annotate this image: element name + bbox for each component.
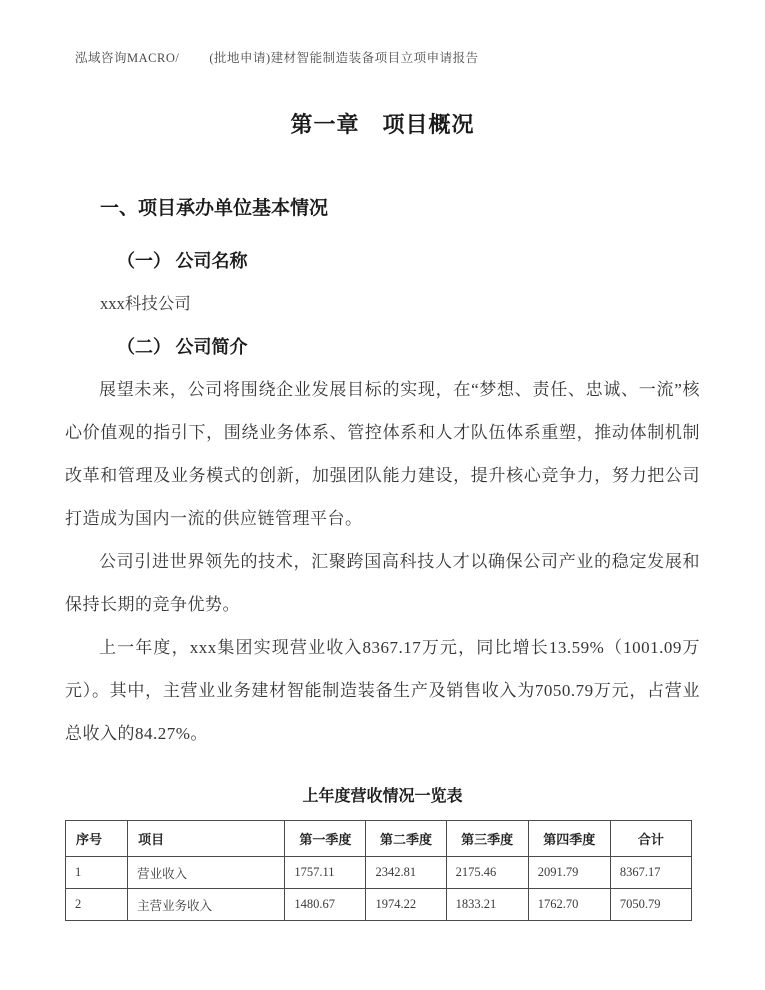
table-row: 1营业收入1757.112342.812175.462091.798367.17 [66,857,692,889]
table-cell: 2091.79 [528,857,610,889]
chapter-title: 第一章 项目概况 [65,108,700,139]
table-cell: 1480.67 [285,889,366,921]
document-page: 泓域咨询MACRO/ (批地申请)建材智能制造装备项目立项申请报告 第一章 项目… [0,0,765,990]
header-report-title: (批地申请)建材智能制造装备项目立项申请报告 [209,48,478,66]
table-cell: 8367.17 [610,857,691,889]
company-intro-text: 展望未来，公司将围绕企业发展目标的实现，在“梦想、责任、忠诚、一流”核心价值观的… [65,368,700,755]
revenue-table: 序号项目第一季度第二季度第三季度第四季度合计 1营业收入1757.112342.… [65,820,692,921]
table-header-row: 序号项目第一季度第二季度第三季度第四季度合计 [66,821,692,857]
table-cell: 1762.70 [528,889,610,921]
table-cell: 营业收入 [128,857,285,889]
table-header-cell: 第二季度 [366,821,446,857]
table-header-cell: 第四季度 [528,821,610,857]
page-header: 泓域咨询MACRO/ (批地申请)建材智能制造装备项目立项申请报告 [75,48,725,66]
paragraph: 公司引进世界领先的技术，汇聚跨国高科技人才以确保公司产业的稳定发展和保持长期的竞… [65,540,700,626]
revenue-table-head: 序号项目第一季度第二季度第三季度第四季度合计 [66,821,692,857]
table-cell: 2342.81 [366,857,446,889]
section-heading: 一、项目承办单位基本情况 [100,193,700,220]
table-cell: 2175.46 [446,857,528,889]
table-header-cell: 第一季度 [285,821,366,857]
table-cell: 7050.79 [610,889,691,921]
table-cell: 1 [66,857,128,889]
table-header-cell: 合计 [610,821,691,857]
table-row: 2主营业务收入1480.671974.221833.211762.707050.… [66,889,692,921]
paragraph: 展望未来，公司将围绕企业发展目标的实现，在“梦想、责任、忠诚、一流”核心价值观的… [65,368,700,540]
table-header-cell: 序号 [66,821,128,857]
revenue-table-body: 1营业收入1757.112342.812175.462091.798367.17… [66,857,692,921]
table-header-cell: 第三季度 [446,821,528,857]
company-name: xxx科技公司 [100,290,700,314]
table-cell: 主营业务收入 [128,889,285,921]
table-cell: 1757.11 [285,857,366,889]
document-content: 第一章 项目概况 一、项目承办单位基本情况 （一） 公司名称 xxx科技公司 （… [65,100,700,921]
subsection-heading-company-intro: （二） 公司简介 [117,333,700,359]
table-cell: 1833.21 [446,889,528,921]
table-header-cell: 项目 [128,821,285,857]
header-brand: 泓域咨询MACRO/ [75,48,179,66]
table-cell: 1974.22 [366,889,446,921]
revenue-table-title: 上年度营收情况一览表 [65,783,700,806]
subsection-heading-company-name: （一） 公司名称 [117,247,700,273]
table-cell: 2 [66,889,128,921]
paragraph: 上一年度，xxx集团实现营业收入8367.17万元，同比增长13.59%（100… [65,626,700,755]
